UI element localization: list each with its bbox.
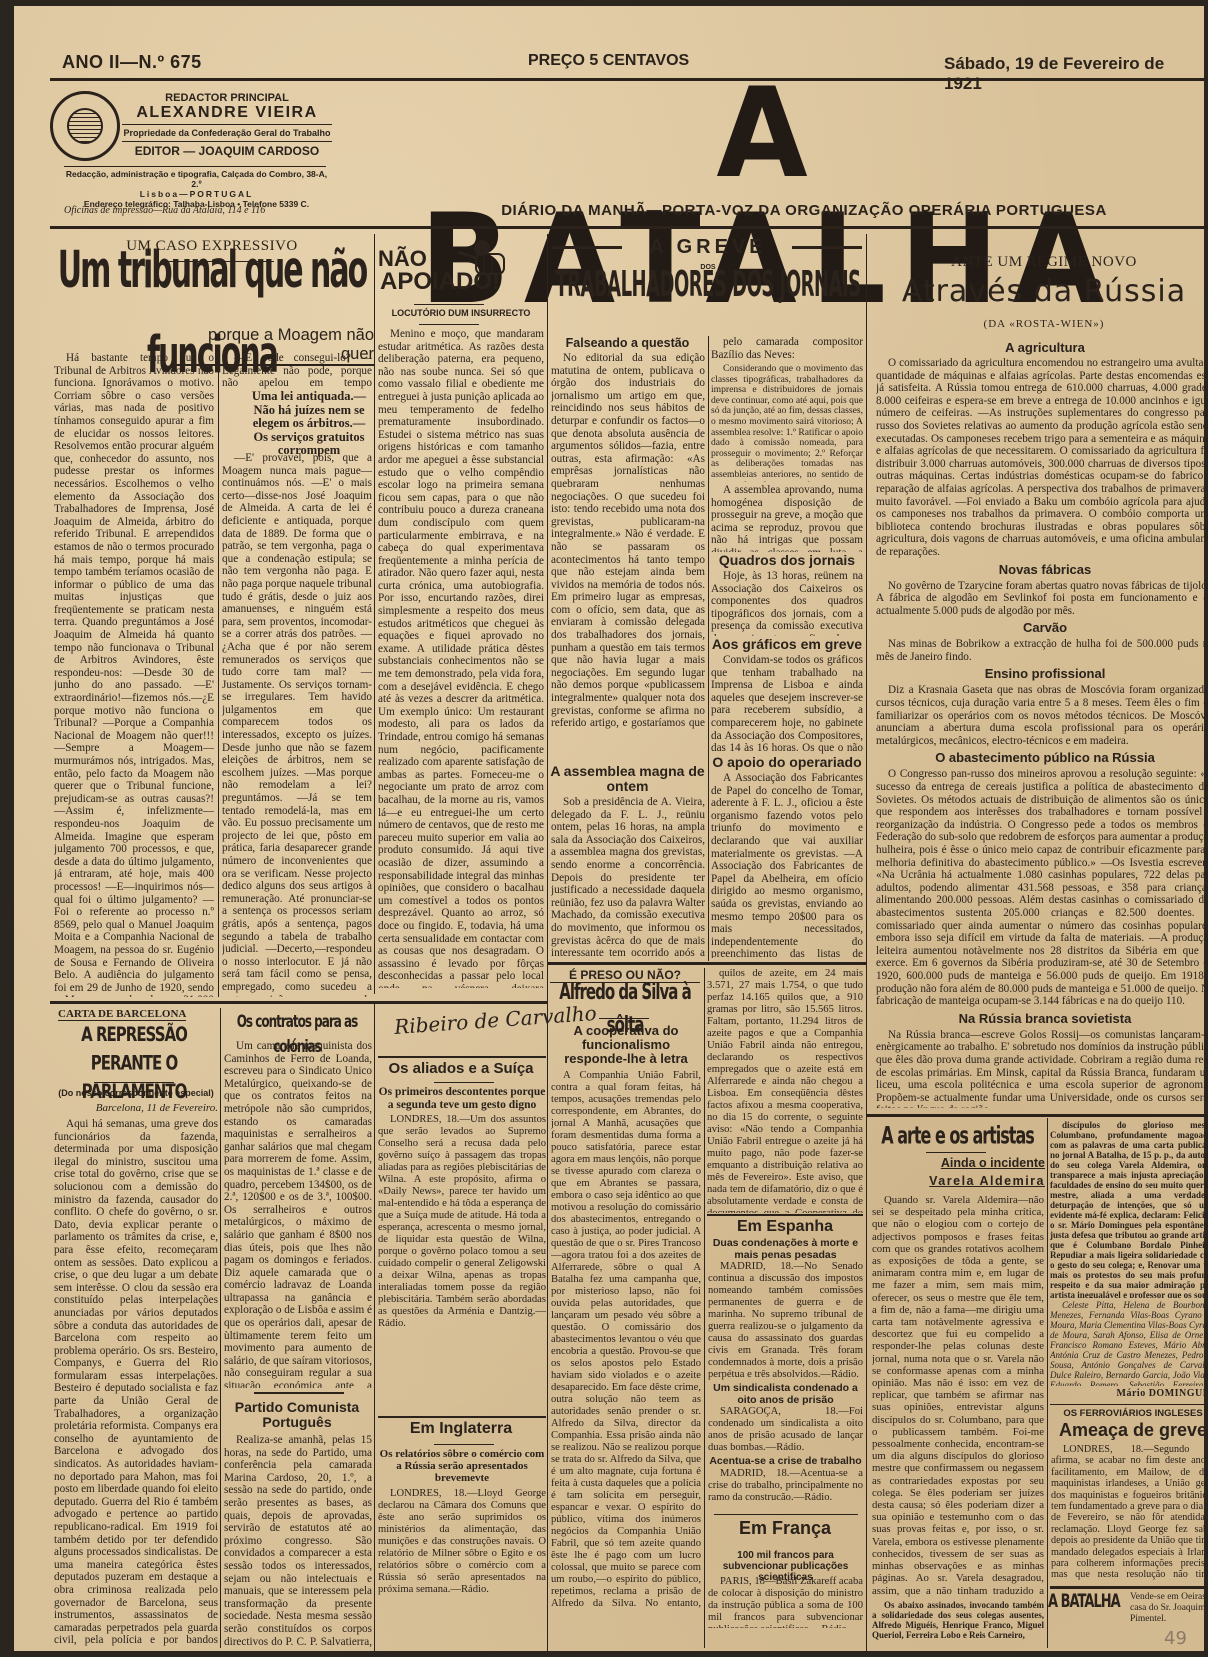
tribunal-col1: Há bastante tempo que o Tribunal de Arbi… [54,352,214,997]
greve-col2-a: A assemblea aprovando, numa homogénea di… [711,484,863,552]
russia-source: (DA «ROSTA-WIEN») [870,318,1208,330]
seal-icon [67,108,103,144]
arte-document-intro: Os abaixo assinados, invocando também a … [872,1600,1044,1646]
nao-apoiado-line2: APOIADO! [380,268,500,296]
franca-headline: Em França [706,1518,864,1539]
price: PREÇO 5 CENTAVOS [528,52,689,70]
page-number: 49 [1164,1628,1187,1649]
tribunal-col2: —E' provavel, pois, que a Moagem nunca m… [222,452,372,997]
greve-section3-title: Quadros dos jornais [711,552,863,568]
aliados-headline: Os aliados e a Suíça [376,1060,546,1077]
russia-section: O abastecimento público na RússiaO Congr… [876,750,1208,1007]
issue-number: ANO II—N.º 675 [62,52,202,73]
inglaterra-subhead: Os relatórios sôbre o comércio com a Rús… [378,1448,546,1484]
inglaterra-headline: Em Inglaterra [376,1420,546,1438]
franca-body: PARIS, 18—Basil Zakareff acaba de coloca… [708,1576,863,1628]
greve-section3-body: Hoje, às 13 horas, reünem na Associação … [711,570,863,636]
editor-name: ALEXANDRE VIEIRA [122,104,332,125]
barcelona-kicker: CARTA DE BARCELONA [58,1008,186,1021]
ferroviarios-body: LONDRES, 18.—Segundo se afirma, se acaba… [1051,1444,1208,1580]
nao-apoiado-body: Menino e moço, que mandaram estudar arit… [378,328,544,988]
greve-section2-body: Sob a presidência de A. Vieira, delegado… [551,796,705,956]
barcelona-body: Aqui há semanas, uma greve dos funcionár… [54,1118,218,1648]
newspaper-subtitle: DIÁRIO DA MANHÃ—PORTA-VOZ DA ORGANIZAÇÃO… [414,202,1194,219]
greve-section1-body: No editorial da sua edição matutina de o… [551,352,705,730]
aliados-subhead: Os primeiros descontentes porque a segun… [378,1086,546,1111]
editor-line: EDITOR — JOAQUIM CARDOSO [122,142,332,158]
greve-headline: TRABALHADORES DOS JORNAIS [550,250,866,322]
espanha-item: Um sindicalista condenado a oito anos de… [708,1383,863,1454]
russia-section: Na Rússia branca sovietistaNa Rússia bra… [876,1011,1208,1108]
editor-label: REDACTOR PRINCIPAL [122,92,332,104]
espanha-item: Duas condenações à morte e mais penas pe… [708,1238,863,1381]
russia-section: Ensino profissionalDiz a Krasnaia Gaseta… [876,666,1208,747]
russia-section: A agriculturaO comissariado da agricultu… [876,340,1208,559]
arte-signature: Mário DOMINGUES [1050,1388,1208,1399]
barcelona-dateline: Barcelona, 11 de Fevereiro. [54,1102,218,1114]
advert-text: Vende-se em Oeiras na casa do Sr. Joaqui… [1130,1592,1208,1625]
printing-address: Oficinas de impressão—Rua da Atalaia, 11… [64,205,265,216]
tribunal-col2-top: —E pode consegui-lo? —Legalmente não pod… [222,352,372,390]
russia-sections: A agriculturaO comissariado da agricultu… [876,338,1208,1108]
espanha-items: Duas condenações à morte e mais penas pe… [708,1238,863,1500]
russia-section: CarvãoNas minas de Bobrikow a extracção … [876,620,1208,663]
espanha-headline: Em Espanha [706,1218,864,1236]
tribunal-subhead: Uma lei antiquada.— Não há juízes nem se… [246,390,372,458]
greve-section5-body: A Associação dos Fabricantes de Papel do… [711,772,863,958]
ferroviarios-headline: Ameaça de greve [1050,1420,1208,1441]
greve-section4-body: Convidam-se todos os gráficos que tenham… [711,654,863,754]
greve-section2-title: A assemblea magna de ontem [550,764,705,794]
russia-section: Novas fábricasNo govêrno de Tzarycine fo… [876,562,1208,618]
arte-signers: Celeste Pitta, Helena de Bourbon e Menez… [1050,1300,1208,1386]
russia-headline: Através da Rússia [870,274,1208,309]
advert-brand: A BATALHA [1048,1590,1128,1615]
aliados-body: LONDRES, 18.—Um dos assuntos que serão l… [378,1114,546,1414]
arte-sub2: Varela Aldemira [870,1174,1045,1188]
arte-sub1: Ainda o incidente [870,1156,1045,1170]
russia-kicker: ANTE UM REGIME NOVO [870,254,1208,271]
greve-motion: Considerando que o movimento das classes… [711,364,863,482]
greve-section4-title: Aos gráficos em greve [711,636,863,652]
greve-section5-title: O apoio do operariado [711,754,863,770]
ferroviarios-kicker: OS FERROVIÁRIOS INGLESES [1050,1408,1208,1419]
newspaper-page: ANO II—N.º 675 PREÇO 5 CENTAVOS Sábado, … [14,6,1204,1651]
arte-headline: A arte e os artistas [870,1118,1045,1154]
address: Redacção, administração e tipografia, Ca… [64,169,329,189]
barcelona-byline: (Do nosso correspondente especial) [54,1088,218,1098]
arte-body: Quando sr. Varela Aldemira—não sei se de… [872,1194,1044,1598]
cgt-seal [50,91,120,161]
contratos-body: Um camarada maquinista dos Caminhos de F… [224,1040,372,1388]
alfredo-body-continued: quilos de azeite, em 24 mais 3.571, 27 m… [707,968,863,1213]
inglaterra-body: LONDRES, 18.—Lloyd George declarou na Câ… [378,1488,546,1604]
arte-letter: discípulos do glorioso mestre Columbano,… [1050,1120,1208,1298]
nao-apoiado-subtitle: LOCUTÓRIO DUM INSURRECTO [376,308,546,318]
property-line: Propriedade da Confederação Geral do Tra… [122,125,332,142]
greve-col2-top: pelo camarada compositor Bazílio das Nev… [711,336,863,362]
city: Lisboa—PORTUGAL [64,189,329,199]
partido-headline: Partido Comunista Português [222,1400,372,1430]
espanha-item: Acentua-se a crise de trabalhoMADRID, 18… [708,1456,863,1500]
alfredo-subhead: A cooperativa do funcionalismo responde-… [550,1024,702,1066]
alfredo-body: A Companhia União Fabril, contra a qual … [551,1070,701,1610]
partido-body: Realiza-se amanhã, pelas 15 horas, na se… [224,1434,372,1648]
greve-section1-title: Falseando a questão [550,336,705,350]
